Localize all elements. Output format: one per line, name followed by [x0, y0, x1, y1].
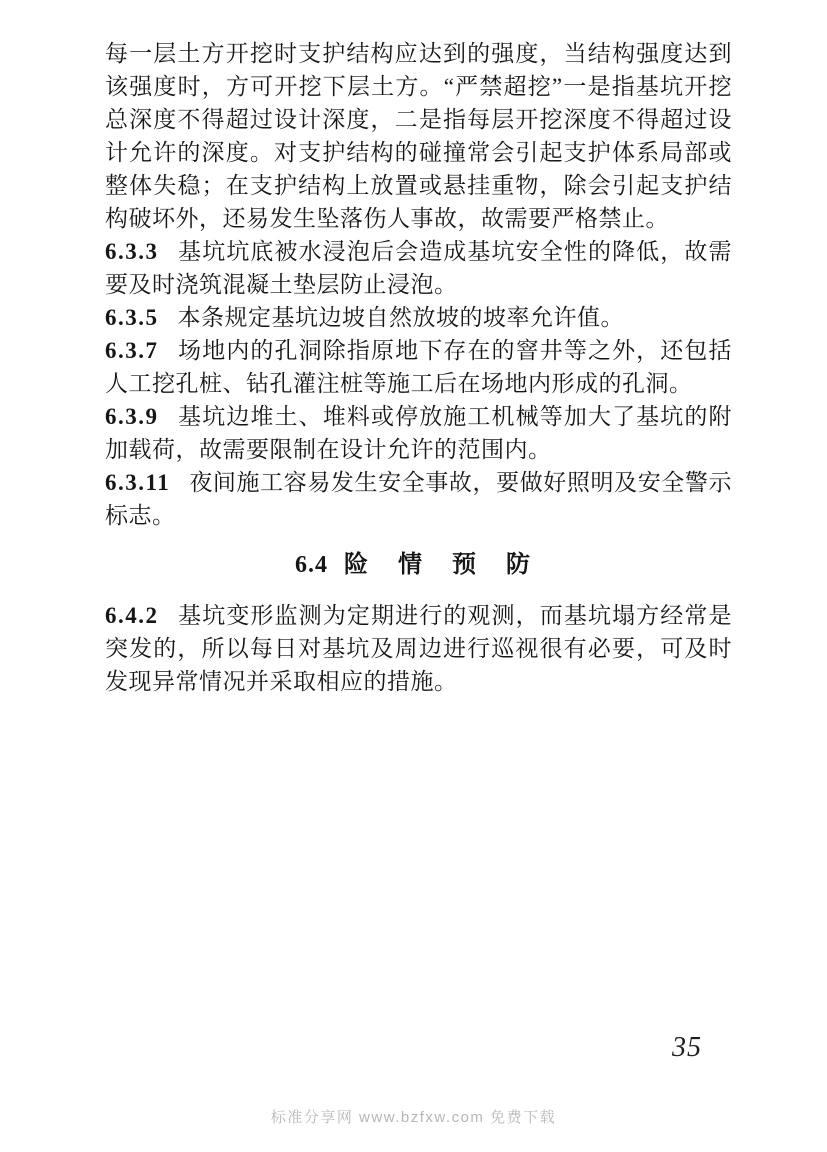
clause-6-3-5: 6.3.5本条规定基坑边坡自然放坡的坡率允许值。: [105, 301, 732, 334]
clause-text: 基坑坑底被水浸泡后会造成基坑安全性的降低，故需要及时浇筑混凝土垫层防止浸泡。: [105, 239, 732, 297]
clause-number: 6.3.3: [105, 239, 178, 264]
clause-text: 场地内的孔洞除指原地下存在的窨井等之外，还包括人工挖孔桩、钻孔灌注桩等施工后在场…: [105, 338, 732, 396]
section-number: 6.4: [295, 552, 344, 578]
section-heading: 6.4险 情 预 防: [105, 549, 732, 582]
clause-text: 夜间施工容易发生安全事故，要做好照明及安全警示标志。: [105, 470, 732, 528]
section-title: 险 情 预 防: [344, 552, 542, 578]
document-page: 每一层土方开挖时支护结构应达到的强度，当结构强度达到该强度时，方可开挖下层土方。…: [0, 0, 827, 1152]
clause-text: 本条规定基坑边坡自然放坡的坡率允许值。: [178, 305, 625, 330]
page-content: 每一层土方开挖时支护结构应达到的强度，当结构强度达到该强度时，方可开挖下层土方。…: [105, 0, 732, 698]
clause-6-3-9: 6.3.9基坑边堆土、堆料或停放施工机械等加大了基坑的附加载荷，故需要限制在设计…: [105, 400, 732, 466]
page-number: 35: [672, 1032, 702, 1064]
clause-number: 6.3.7: [105, 338, 178, 363]
clause-number: 6.3.5: [105, 305, 178, 330]
clause-6-4-2: 6.4.2基坑变形监测为定期进行的观测，而基坑塌方经常是突发的，所以每日对基坑及…: [105, 599, 732, 698]
clause-text: 基坑边堆土、堆料或停放施工机械等加大了基坑的附加载荷，故需要限制在设计允许的范围…: [105, 404, 732, 462]
clause-number: 6.3.11: [105, 470, 189, 495]
clause-number: 6.4.2: [105, 603, 178, 628]
clause-number: 6.3.9: [105, 404, 178, 429]
paragraph-continuation: 每一层土方开挖时支护结构应达到的强度，当结构强度达到该强度时，方可开挖下层土方。…: [105, 37, 732, 235]
watermark-text: 标准分享网 www.bzfxw.com 免费下载: [0, 1106, 827, 1127]
clause-6-3-7: 6.3.7场地内的孔洞除指原地下存在的窨井等之外，还包括人工挖孔桩、钻孔灌注桩等…: [105, 334, 732, 400]
clause-text: 基坑变形监测为定期进行的观测，而基坑塌方经常是突发的，所以每日对基坑及周边进行巡…: [105, 603, 732, 694]
clause-6-3-3: 6.3.3基坑坑底被水浸泡后会造成基坑安全性的降低，故需要及时浇筑混凝土垫层防止…: [105, 235, 732, 301]
clause-6-3-11: 6.3.11夜间施工容易发生安全事故，要做好照明及安全警示标志。: [105, 466, 732, 532]
